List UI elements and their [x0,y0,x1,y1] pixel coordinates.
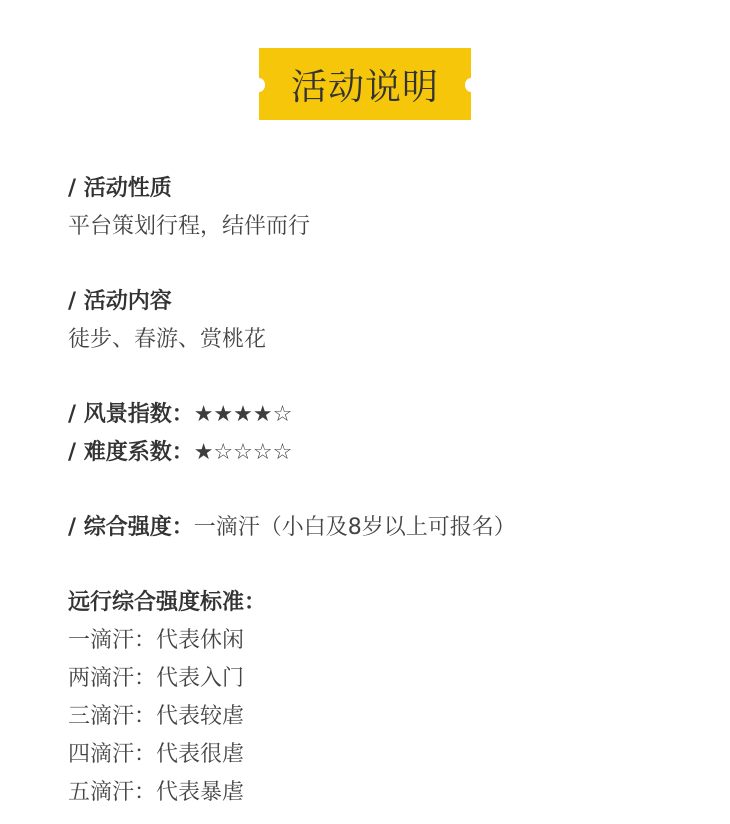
title-banner: 活动说明 [259,48,471,120]
intensity-row: / 综合强度：一滴汗（小白及8岁以上可报名） [68,509,688,547]
standard-item: 两滴汗：代表入门 [68,660,688,698]
standard-item: 三滴汗：代表较虐 [68,698,688,736]
scenery-label: / 风景指数： [68,402,194,427]
nature-heading: / 活动性质 [68,170,688,208]
page-title: 活动说明 [291,59,439,110]
difficulty-stars-icon: ★☆☆☆☆ [194,440,293,465]
difficulty-label: / 难度系数： [68,440,194,465]
scenery-rating-row: / 风景指数：★★★★☆ [68,396,688,434]
standard-item: 五滴汗：代表暴虐 [68,774,688,812]
standard-item: 四滴汗：代表很虐 [68,736,688,774]
scenery-stars-icon: ★★★★☆ [194,402,293,427]
activity-description: / 活动性质 平台策划行程，结伴而行 / 活动内容 徒步、春游、赏桃花 / 风景… [68,170,688,812]
standard-item: 一滴汗：代表休闲 [68,622,688,660]
difficulty-rating-row: / 难度系数：★☆☆☆☆ [68,434,688,472]
intensity-value: 一滴汗（小白及8岁以上可报名） [194,515,516,540]
standard-heading: 远行综合强度标准： [68,584,688,622]
intensity-label: / 综合强度： [68,515,194,540]
nature-text: 平台策划行程，结伴而行 [68,208,688,246]
content-heading: / 活动内容 [68,283,688,321]
content-text: 徒步、春游、赏桃花 [68,321,688,359]
